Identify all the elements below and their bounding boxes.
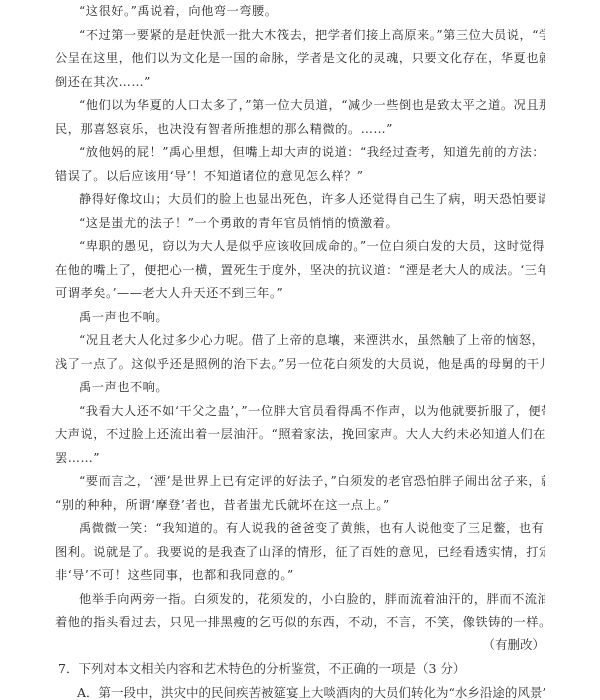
passage-line: 禹微微一笑：“我知道的。有人说我的爸爸变了黄熊，也有人说他变了三足鳖，也有人说我… <box>79 517 545 541</box>
passage-line: 禹一声也不响。 <box>79 376 545 400</box>
passage-line: “况且老大人化过多少心力呢。借了上帝的息壤，来湮洪水，虽然触了上帝的恼怒，洪水的… <box>79 329 545 353</box>
passage-line: “这很好。”禹说着，向他弯一弯腰。 <box>79 0 545 24</box>
passage-line: 图利。说就是了。我要说的是我查了山泽的情形，征了百姓的意见，已经看透实情，打定主… <box>55 541 545 565</box>
passage-line: “要而言之，‘湮’是世界上已有定评的好法子，”白须发的老官恐怕胖子闹出岔子来，就… <box>79 470 545 494</box>
passage-line: 在他的嘴上了，便把心一横，置死生于度外，坚决的抗议道：“湮是老大人的成法。‘三年… <box>55 259 545 283</box>
passage-line: 禹一声也不响。 <box>79 306 545 330</box>
passage-line: 着他的指头看过去，只见一排黑瘦的乞丐似的东西，不动，不言，不笑，像铁铸的一样。 <box>55 611 545 635</box>
passage-line: “别的种种，所谓‘摩登’者也，昔者蚩尤氏就坏在这一点上。” <box>55 494 545 518</box>
passage-line: 浅了一点了。这似乎还是照例的治下去。”另一位花白须发的大员说，他是禹的母舅的干儿… <box>55 353 545 377</box>
question-7-title: 7．下列对本文相关内容和艺术特色的分析鉴赏，不正确的一项是（3 分） <box>58 657 465 681</box>
exam-page: “这很好。”禹说着，向他弯一弯腰。“不过第一要紧的是赶快派一批大木筏去，把学者们… <box>0 0 600 700</box>
passage-line: 大声说，不过脸上还流出着一层油汗。“照着家法，挽回家声。大人大约未必知道人们在怎… <box>55 423 545 447</box>
question-7-option-a: A．第一段中，洪灾中的民间疾苦被筵宴上大啖酒肉的大员们转化为“水乡沿途的风景”等… <box>77 681 545 700</box>
passage-line: “这是蚩尤的法子！”一个勇敢的青年官员悄悄的愤激着。 <box>79 212 545 236</box>
passage-line: “他们以为华夏的人口太多了，”第一位大员道，“减少一些倒也是致太平之道。况且那些… <box>79 94 545 118</box>
passage-line: 民，那喜怒哀乐，也决没有智者所推想的那么精微的。……” <box>55 118 545 142</box>
passage-line: 他举手向两旁一指。白须发的，花须发的，小白脸的，胖而流着油汗的，胖而不流油汗的官… <box>79 588 545 612</box>
passage-line: 可谓孝矣。’——老大人升天还不到三年。” <box>55 282 545 306</box>
passage-line: 公呈在这里，他们以为文化是一国的命脉，学者是文化的灵魂，只要文化存在，华夏也就存… <box>55 47 545 71</box>
passage-line: 静得好像坟山；大员们的脸上也显出死色，许多人还觉得自己生了病，明天恐怕要请病假了… <box>79 188 545 212</box>
passage-line: “我看大人还不如‘干父之蛊’，”一位胖大官员看得禹不作声，以为他就要折服了，便带… <box>79 400 545 424</box>
passage-line: 错误了。以后应该用‘导’！不知道诸位的意见怎么样？” <box>55 165 545 189</box>
passage-line: 非‘导’不可！这些同事，也都和我同意的。” <box>55 564 545 588</box>
edited-note: （有删改） <box>482 633 545 657</box>
passage-line: “卑职的愚见，窃以为大人是似乎应该收回成命的。”一位白须白发的大员，这时觉得天下… <box>79 235 545 259</box>
passage-line: “放他妈的屁！”禹心里想，但嘴上却大声的说道：“我经过查考，知道先前的方法：‘湮… <box>79 141 545 165</box>
passage-line: “不过第一要紧的是赶快派一批大木筏去，把学者们接上高原来。”第三位大员说，“学者… <box>79 24 545 48</box>
passage-line: 罢……” <box>55 447 545 471</box>
passage-line: 倒还在其次……” <box>55 71 545 95</box>
